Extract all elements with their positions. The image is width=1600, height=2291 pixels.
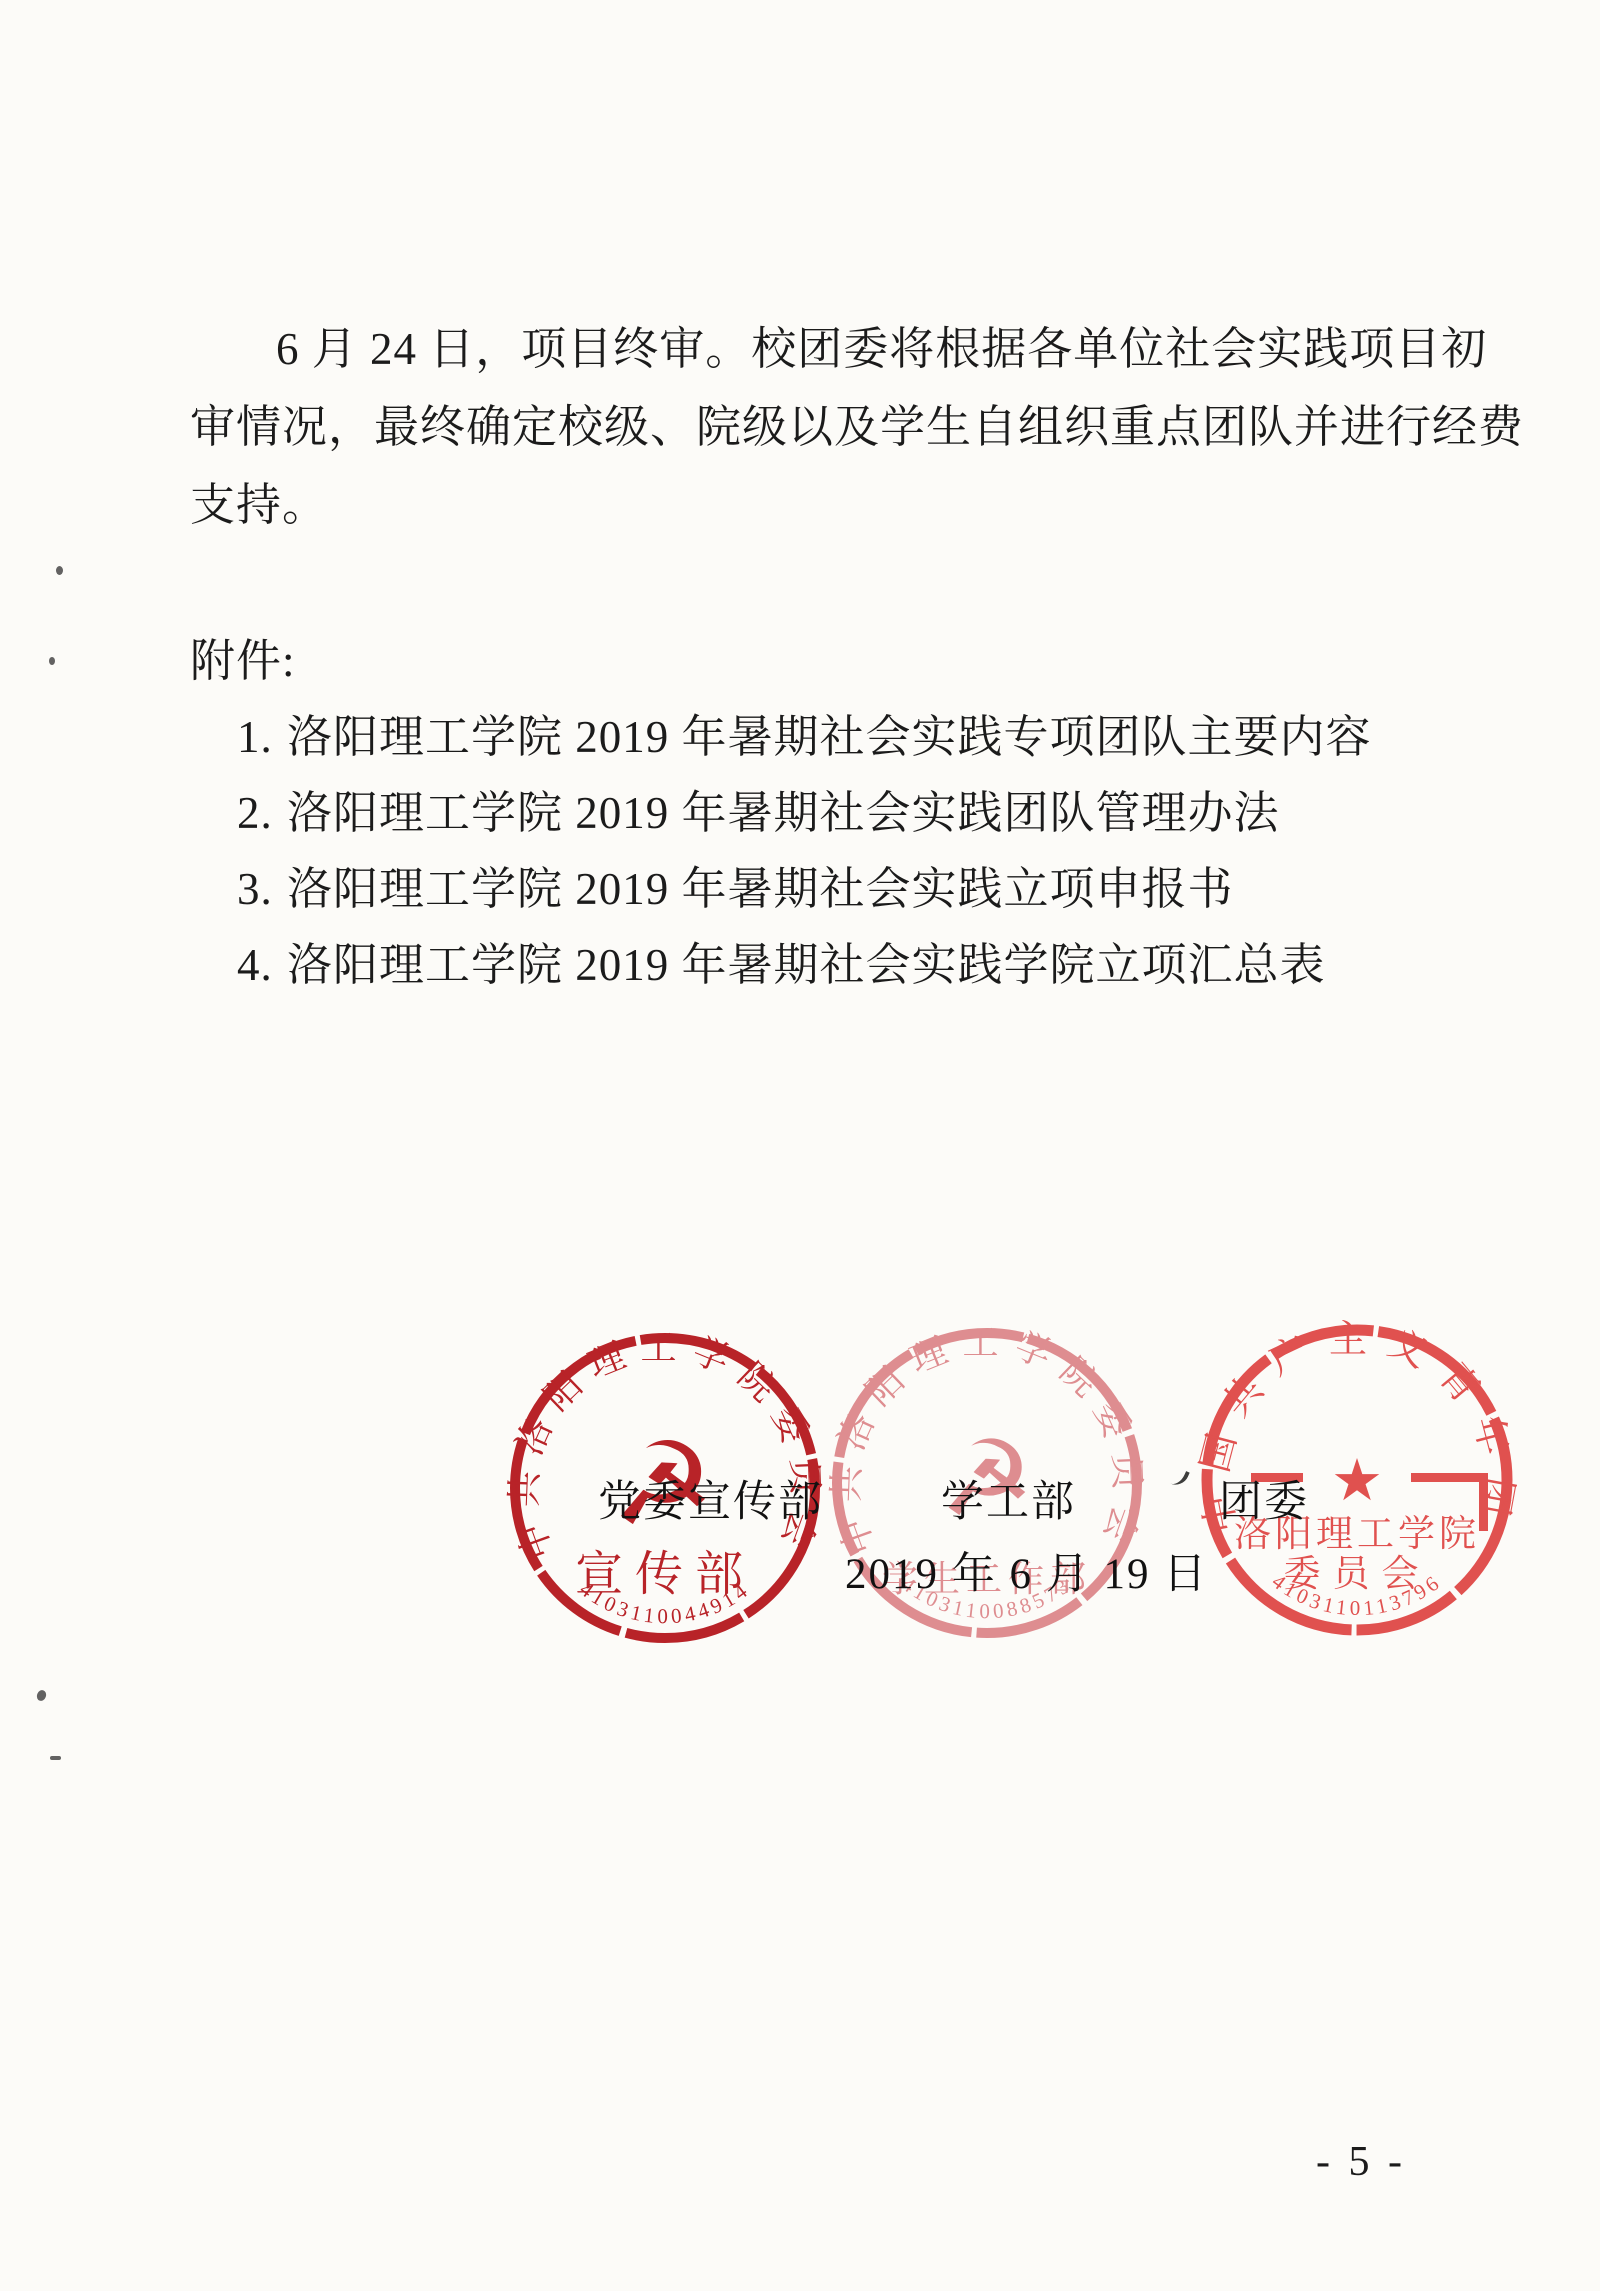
attachment-item-3: 3.洛阳理工学院 2019 年暑期社会实践立项申报书 (237, 852, 1234, 917)
scan-speck (56, 566, 63, 575)
scan-speck (35, 1689, 47, 1702)
department-label-xuanchuanbu: 党委宣传部 (598, 1468, 823, 1529)
scan-speck (49, 657, 55, 665)
pen-mark (1165, 1465, 1190, 1489)
scan-speck (50, 1756, 61, 1760)
attachment-item-number: 4. (237, 939, 287, 991)
attachment-item-text: 洛阳理工学院 2019 年暑期社会实践立项申报书 (287, 864, 1234, 914)
department-label-tuanwei: 团委 (1219, 1468, 1309, 1529)
star-icon: ★ (1331, 1446, 1383, 1514)
department-label-xuegongbu: 学工部 (941, 1468, 1076, 1529)
attachment-item-text: 洛阳理工学院 2019 年暑期社会实践学院立项汇总表 (287, 940, 1326, 990)
paragraph-line-2: 审情况，最终确定校级、院级以及学生自组织重点团队并进行经费 (190, 390, 1524, 455)
flag-bar-right (1411, 1473, 1487, 1482)
paragraph-line-3: 支持。 (190, 468, 328, 533)
page-number: - 5 - (1316, 2138, 1406, 2186)
attachment-item-text: 洛阳理工学院 2019 年暑期社会实践团队管理办法 (287, 788, 1280, 838)
attachments-label: 附件: (190, 624, 296, 689)
attachment-item-number: 2. (237, 787, 287, 839)
stamp-date: 2019 年 6 月 19 日 (845, 1540, 1208, 1601)
document-page: 6 月 24 日，项目终审。校团委将根据各单位社会实践项目初 审情况，最终确定校… (0, 0, 1600, 2291)
attachment-item-number: 1. (237, 711, 287, 763)
flag-bar-drop (1479, 1473, 1488, 1531)
attachment-item-text: 洛阳理工学院 2019 年暑期社会实践专项团队主要内容 (287, 712, 1372, 762)
attachment-item-2: 2.洛阳理工学院 2019 年暑期社会实践团队管理办法 (237, 776, 1280, 841)
attachment-item-4: 4.洛阳理工学院 2019 年暑期社会实践学院立项汇总表 (237, 928, 1326, 993)
paragraph-line-1: 6 月 24 日，项目终审。校团委将根据各单位社会实践项目初 (276, 312, 1487, 377)
attachment-item-number: 3. (237, 863, 287, 915)
attachment-item-1: 1.洛阳理工学院 2019 年暑期社会实践专项团队主要内容 (237, 700, 1372, 765)
